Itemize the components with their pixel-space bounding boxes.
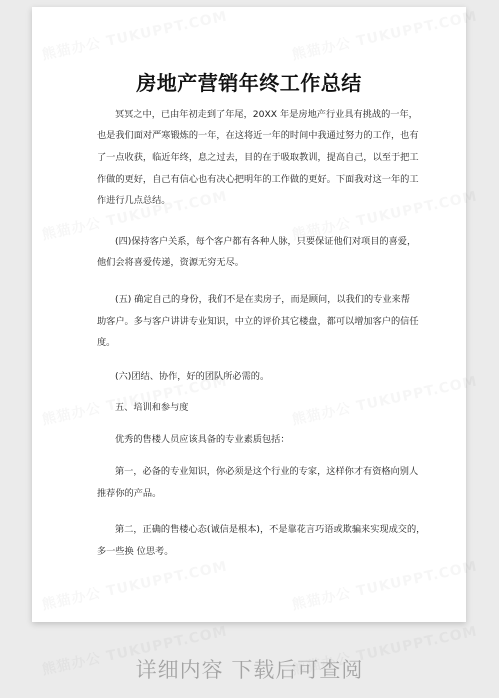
paragraph-line: 了一点收获，临近年终，息之过去，目的在于吸取教训，提高自己，以至于把工 xyxy=(97,152,419,164)
paragraph-line: 优秀的售楼人员应该具备的专业素质包括： xyxy=(115,434,290,446)
paragraph-line: 推荐你的产品。 xyxy=(97,488,161,500)
paragraph-line: 也是我们面对严寒锻炼的一年，在这将近一年的时间中我通过努力的工作，也有 xyxy=(97,130,419,142)
download-hint: 详细内容 下载后可查阅 xyxy=(0,654,499,684)
paragraph-line: 他们会将喜爱传递，资源无穷无尽。 xyxy=(97,257,244,269)
paragraph-line: 助客户。多与客户讲讲专业知识，中立的评价其它楼盘，都可以增加客户的信任 xyxy=(97,316,419,328)
paragraph-line: (六)团结、协作，好的团队所必需的。 xyxy=(115,371,269,383)
paragraph-line: 第二，正确的售楼心态(诚信是根本)，不是靠花言巧语或欺骗来实现成交的， xyxy=(115,524,425,536)
paragraph-line: 冥冥之中，已由年初走到了年尾，20XX 年是房地产行业具有挑战的一年， xyxy=(115,109,418,121)
paragraph-line: 多一些换 位思考。 xyxy=(97,546,173,558)
document-page: 房地产营销年终工作总结 冥冥之中，已由年初走到了年尾，20XX 年是房地产行业具… xyxy=(32,7,466,622)
document-title: 房地产营销年终工作总结 xyxy=(32,67,466,96)
paragraph-line: 五、培训和参与度 xyxy=(115,402,189,414)
paragraph-line: (四)保持客户关系，每个客户都有各种人脉，只要保证他们对项目的喜爱， xyxy=(115,236,416,248)
paragraph-line: 作进行几点总结。 xyxy=(97,195,171,207)
paragraph-line: 作做的更好，自己有信心也有决心把明年的工作做的更好。下面我对这一年的工 xyxy=(97,174,419,186)
paragraph-line: (五) 确定自己的身份，我们不是在卖房子，而是顾问，以我们的专业来帮 xyxy=(115,294,410,306)
paragraph-line: 度。 xyxy=(97,337,115,349)
paragraph-line: 第一，必备的专业知识，你必须是这个行业的专家，这样你才有资格向别人 xyxy=(115,466,418,478)
